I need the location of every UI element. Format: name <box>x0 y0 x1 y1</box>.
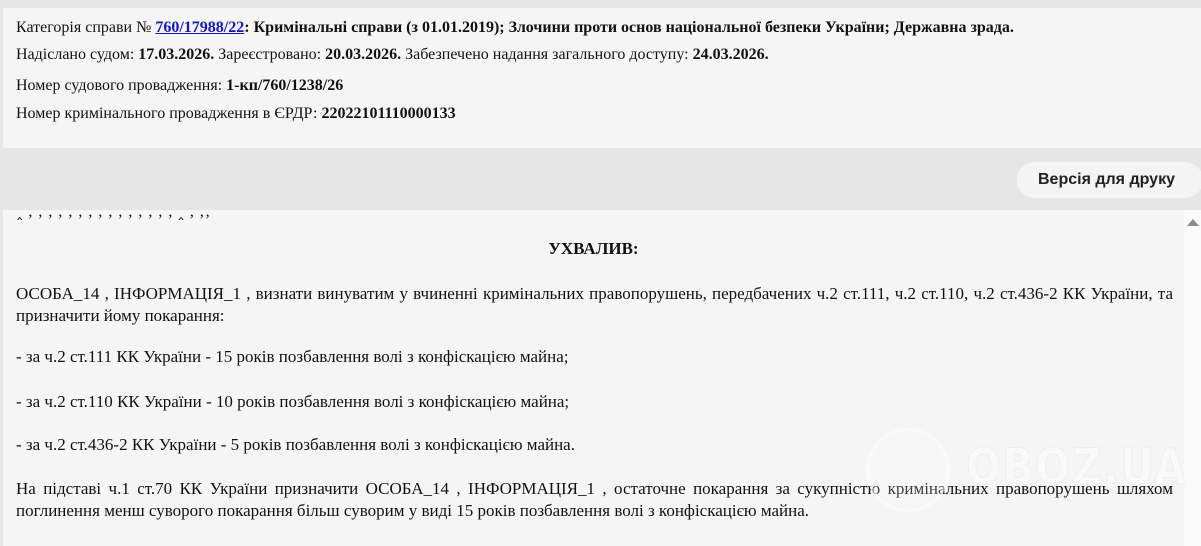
sentence-item: - за ч.2 ст.436-2 КК України - 5 років п… <box>16 434 1173 456</box>
case-dates-line: Надіслано судом: 17.03.2026. Зареєстрова… <box>16 46 1201 64</box>
case-category-line: Категорія справи № 760/17988/22: Криміна… <box>16 19 1201 37</box>
registered-date: 20.03.2026. <box>325 46 401 63</box>
print-version-button[interactable]: Версія для друку <box>1017 162 1201 198</box>
erdr-label: Номер кримінального провадження в ЄРДР: <box>16 105 321 122</box>
court-decision-page: Категорія справи № 760/17988/22: Криміна… <box>0 0 1201 546</box>
registered-label: Зареєстровано: <box>214 46 325 63</box>
proceeding-number: 1-кп/760/1238/26 <box>226 77 343 94</box>
sentence-item: - за ч.2 ст.111 КК України - 15 років по… <box>16 346 1173 368</box>
case-info-panel: Категорія справи № 760/17988/22: Криміна… <box>3 8 1201 148</box>
proceeding-label: Номер судового провадження: <box>16 77 226 94</box>
vertical-scrollbar[interactable] <box>1184 210 1201 546</box>
access-label: Забезпечено надання загального доступу: <box>401 46 692 63</box>
proceeding-number-line: Номер судового провадження: 1-кп/760/123… <box>16 77 1201 95</box>
decision-heading: УХВАЛИВ: <box>3 239 1184 259</box>
cut-off-text-line: ‸ , , , , , , , , , , , , , , , ‸ , ,‚' … <box>17 210 224 221</box>
document-text-panel: ‸ , , , , , , , , , , , , , , , ‸ , ,‚' … <box>3 210 1184 546</box>
case-number-link[interactable]: 760/17988/22 <box>155 19 244 36</box>
scroll-up-arrow-icon[interactable] <box>1187 219 1199 226</box>
sent-label: Надіслано судом: <box>16 46 138 63</box>
category-label: Категорія справи № <box>16 19 155 36</box>
erdr-number: 22022101110000133 <box>321 105 455 122</box>
sent-date: 17.03.2026. <box>138 46 214 63</box>
toolbar-strip: Версія для друку <box>3 148 1201 210</box>
sentence-item: - за ч.2 ст.110 КК України - 10 років по… <box>16 391 1173 413</box>
category-value: : Кримінальні справи (з 01.01.2019); Зло… <box>244 19 1014 36</box>
verdict-paragraph: ОСОБА_14 , ІНФОРМАЦІЯ_1 , визнати винува… <box>16 283 1173 327</box>
erdr-number-line: Номер кримінального провадження в ЄРДР: … <box>16 105 1201 123</box>
final-sentence-paragraph: На підставі ч.1 ст.70 КК України признач… <box>16 478 1173 522</box>
access-date: 24.03.2026. <box>693 46 769 63</box>
